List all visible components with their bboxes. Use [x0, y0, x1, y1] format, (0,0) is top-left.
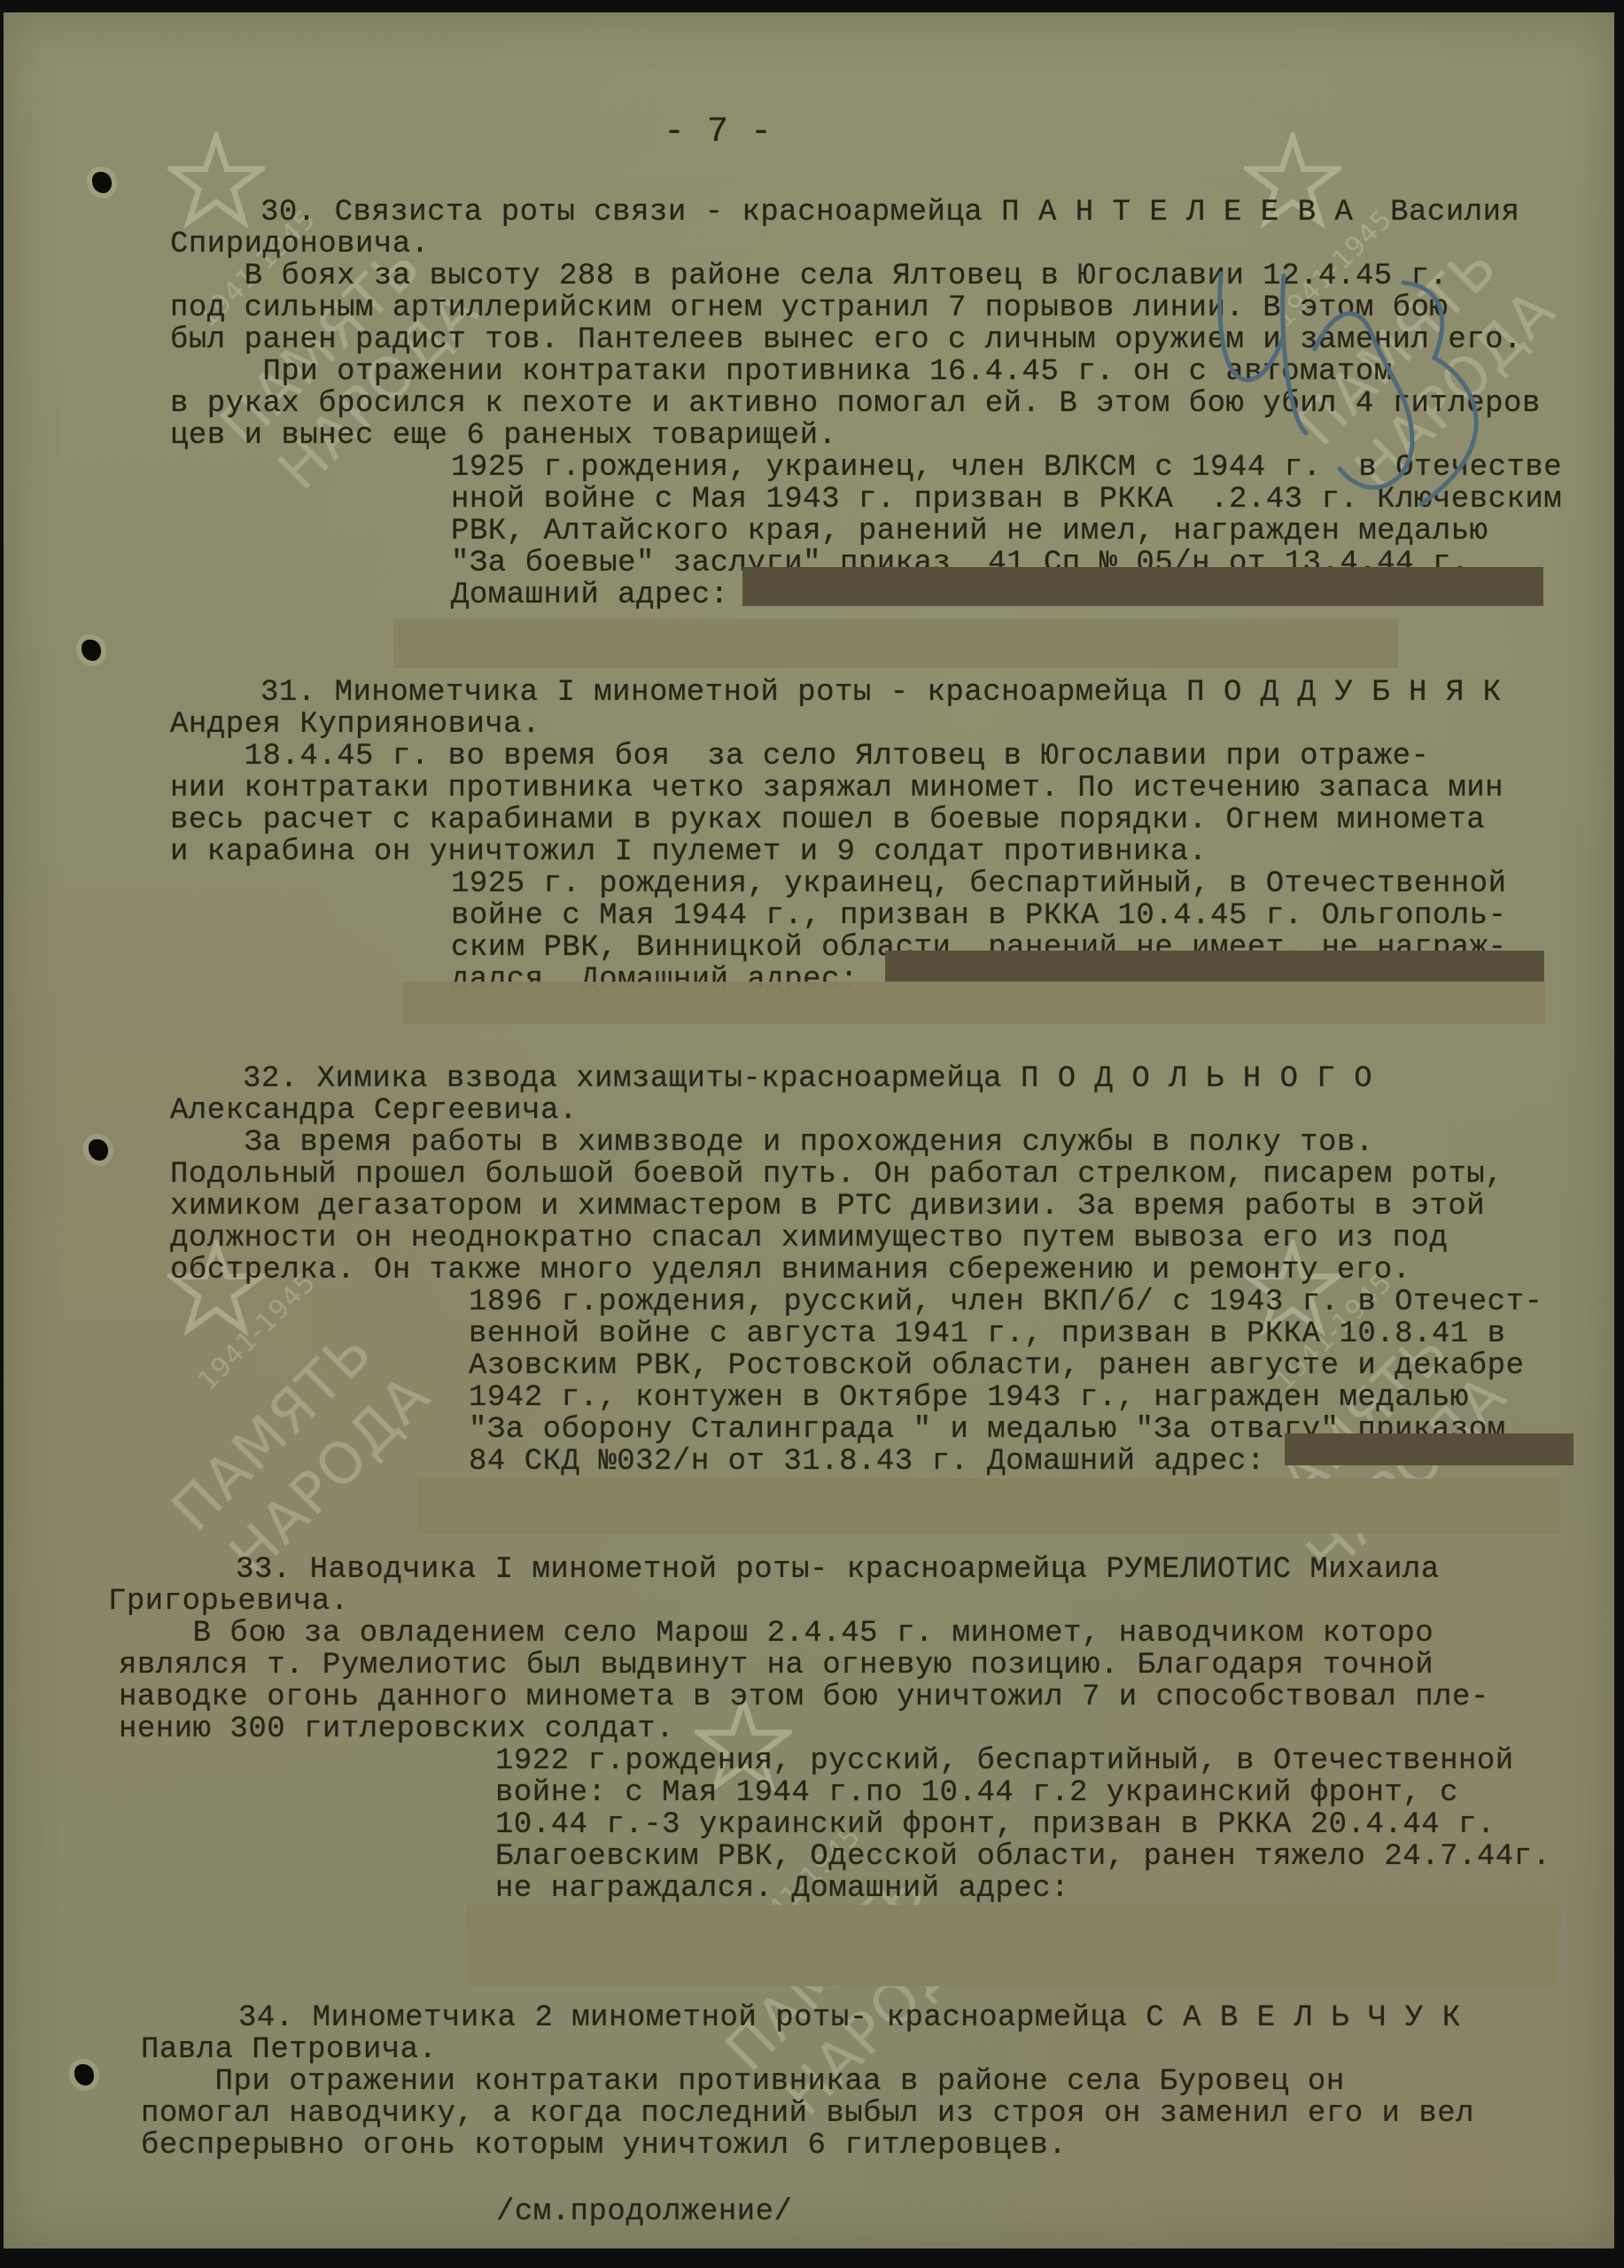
entry-body-line: беспрерывно огонь которым уничтожил 6 ги…	[141, 2130, 1067, 2162]
entry-heading-name: Андрея Куприяновича.	[170, 709, 540, 741]
entry-body-line: весь расчет с карабинами в руках пошел в…	[170, 804, 1485, 836]
redacted-address-continued	[417, 1479, 1560, 1534]
entry-heading-name: Александра Сергеевича.	[170, 1095, 578, 1127]
entry-body-line: В боях за высоту 288 в районе села Ялтов…	[170, 260, 1448, 292]
entry-body-line: обстрелка. Он также много уделял внимани…	[170, 1254, 1411, 1286]
redacted-address	[1285, 1433, 1573, 1465]
page-number: - 7 -	[664, 117, 773, 149]
entry-body-line: под сильным артиллерийским огнем устрани…	[170, 292, 1448, 324]
entry-heading: 30. Связиста роты связи - красноармейца …	[260, 197, 1519, 229]
entry-bio-line: 10.44 г.-3 украинский фронт, призван в Р…	[495, 1809, 1496, 1841]
entry-body-line: За время работы в химвзводе и прохождени…	[170, 1127, 1374, 1159]
document-page: 1941-1945 ПАМЯТЬ НАРОДА 1941-1945 ПАМЯТЬ…	[4, 12, 1614, 2249]
entry-body-line: наводке огонь данного миномета в этом бо…	[119, 1682, 1489, 1713]
entry-body-line: химиком дегазатором и химмастером в РТС …	[170, 1191, 1485, 1223]
redacted-address-continued	[393, 618, 1398, 668]
entry-body-line: помогал наводчику, а когда последний выб…	[141, 2098, 1474, 2130]
entry-body-line: в руках бросился к пехоте и активно помо…	[170, 388, 1541, 420]
redacted-address-continued	[468, 1914, 1558, 1986]
entry-body-line: являлся т. Румелиотис был выдвинут на ог…	[119, 1650, 1434, 1682]
entry-body-line: должности он неоднократно спасал химимущ…	[170, 1223, 1448, 1254]
entry-bio-line: нной войне с Мая 1943 г. призван в РККА …	[451, 484, 1562, 516]
punch-hole	[89, 1139, 108, 1161]
entry-heading: 32. Химика взвода химзащиты-красноармейц…	[243, 1063, 1372, 1095]
redacted-address-continued	[402, 982, 1545, 1024]
entry-bio-line: Благоевским РВК, Одесской области, ранен…	[495, 1841, 1551, 1873]
entry-bio-line: венной войне с августа 1941 г., призван …	[469, 1318, 1506, 1350]
entry-bio-line: Азовским РВК, Ростовской области, ранен …	[469, 1350, 1525, 1382]
entry-bio-line: 1896 г.рождения, русский, член ВКП/б/ с …	[469, 1286, 1542, 1318]
entry-body-line: При отражении контратаки противникаа в р…	[141, 2066, 1345, 2098]
punch-hole	[92, 172, 112, 193]
entry-heading: 33. Наводчика I минометной роты- красноа…	[236, 1554, 1440, 1586]
punch-hole	[74, 2064, 94, 2085]
entry-bio-line: 1942 г., контужен в Октябре 1943 г., наг…	[469, 1382, 1469, 1414]
entry-bio-line: 1925 г. рождения, украинец, беспартийный…	[451, 868, 1507, 900]
watermark-title: ПАМЯТЬ	[163, 1321, 383, 1541]
entry-bio-line: 1922 г.рождения, русский, беспартийный, …	[495, 1745, 1514, 1777]
entry-heading: 31. Минометчика I минометной роты - крас…	[260, 677, 1502, 709]
watermark-years: 1941-1945	[194, 1269, 321, 1395]
punch-hole	[82, 640, 101, 661]
entry-body-line: был ранен радист тов. Пантелеев вынес ег…	[170, 324, 1522, 356]
entry-body-line: нии контратаки противника четко заряжал …	[170, 773, 1504, 804]
entry-body-line: нению 300 гитлеровских солдат.	[119, 1713, 674, 1745]
entry-bio-line: 84 СКД №032/н от 31.8.43 г. Домашний адр…	[469, 1446, 1265, 1478]
entry-body-line: цев и вынес еще 6 раненых товарищей.	[170, 420, 837, 452]
entry-body-line: В бою за овладением село Марош 2.4.45 г.…	[119, 1618, 1434, 1650]
entry-bio-line: войне: с Мая 1944 г.по 10.44 г.2 украинс…	[495, 1777, 1458, 1809]
entry-bio-line: Домашний адрес:	[451, 579, 729, 611]
entry-bio-line: не награждался. Домашний адрес:	[495, 1873, 1069, 1905]
entry-heading-name: Павла Петровича.	[141, 2034, 437, 2066]
entry-heading: 34. Минометчика 2 минометной роты- красн…	[238, 2002, 1461, 2034]
entry-bio-line: РВК, Алтайского края, ранений не имел, н…	[451, 516, 1488, 548]
entry-heading-name: Григорьевича.	[108, 1586, 349, 1618]
redacted-address	[742, 567, 1543, 606]
redacted-address	[885, 951, 1544, 982]
entry-bio-line: 1925 г.рождения, украинец, член ВЛКСМ с …	[451, 452, 1562, 484]
entry-heading-name: Спиридоновича.	[170, 229, 430, 260]
entry-body-line: 18.4.45 г. во время боя за село Ялтовец …	[170, 741, 1429, 773]
star-watermark-icon	[167, 132, 265, 229]
entry-bio-line: войне с Мая 1944 г., призван в РККА 10.4…	[451, 900, 1507, 932]
entry-body-line: Подольный прошел большой боевой путь. Он…	[170, 1159, 1504, 1191]
continuation-note: /см.продолжение/	[496, 2196, 792, 2228]
entry-body-line: При отражении контратаки противника 16.4…	[170, 356, 1393, 388]
entry-body-line: и карабина он уничтожил I пулемет и 9 со…	[170, 836, 1208, 868]
